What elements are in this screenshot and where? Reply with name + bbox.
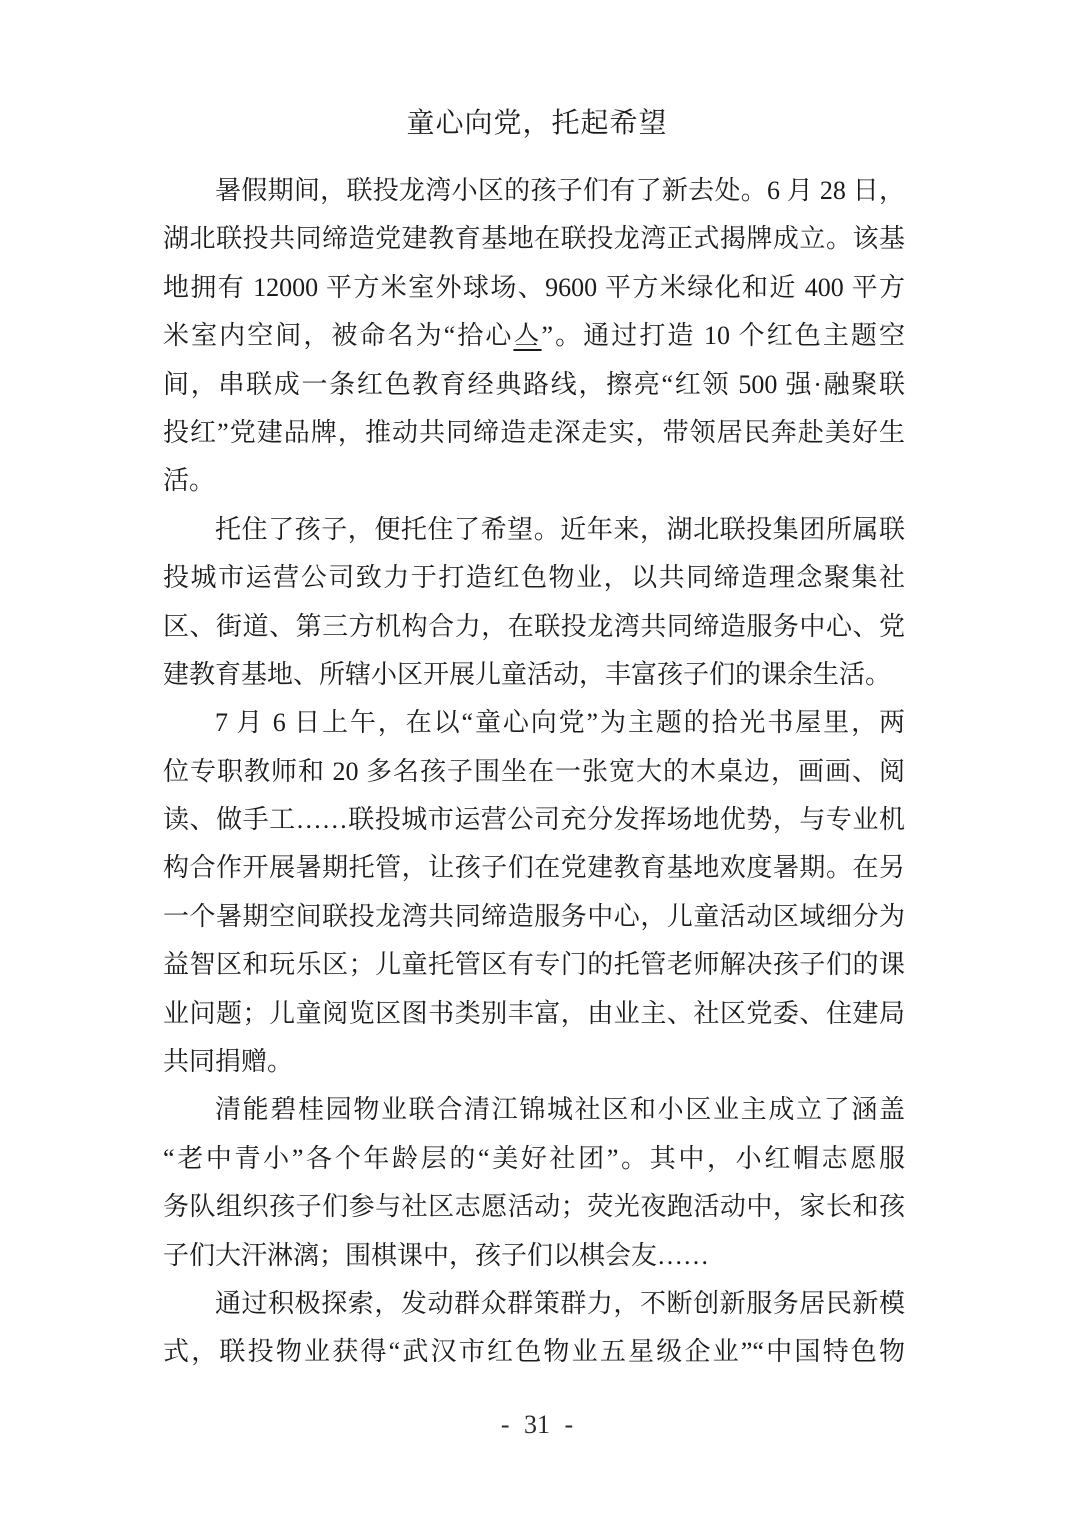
page-number: - 31 - xyxy=(0,1405,1074,1445)
text-line: 7 月 6 日上午，在以“童心向党”为主题的拾光书屋里，两 xyxy=(163,699,905,747)
text-line: 间，串联成一条红色教育经典路线，擦亮“红领 500 强·融聚联 xyxy=(163,361,905,409)
paragraph: 托住了孩子，便托住了希望。近年来，湖北联投集团所属联投城市运营公司致力于打造红色… xyxy=(163,506,905,700)
text-line: 子们大汗淋漓；围棋课中，孩子们以棋会友…… xyxy=(163,1232,905,1280)
text-line: 共同捐赠。 xyxy=(163,1038,905,1086)
paragraph: 7 月 6 日上午，在以“童心向党”为主题的拾光书屋里，两位专职教师和 20 多… xyxy=(163,699,905,1086)
text-line: “老中青小”各个年龄层的“美好社团”。其中，小红帽志愿服 xyxy=(163,1135,905,1183)
text-line: 一个暑期空间联投龙湾共同缔造服务中心，儿童活动区域细分为 xyxy=(163,893,905,941)
paragraph: 清能碧桂园物业联合清江锦城社区和小区业主成立了涵盖“老中青小”各个年龄层的“美好… xyxy=(163,1086,905,1280)
text-line: 业问题；儿童阅览区图书类别丰富，由业主、社区党委、住建局 xyxy=(163,990,905,1038)
text-line: 米室内空间，被命名为“拾心亼”。通过打造 10 个红色主题空 xyxy=(163,312,905,360)
document-page: 童心向党，托起希望 暑假期间，联投龙湾小区的孩子们有了新去处。6 月 28 日，… xyxy=(0,0,1074,1520)
text-line: 清能碧桂园物业联合清江锦城社区和小区业主成立了涵盖 xyxy=(163,1086,905,1134)
text-line: 通过积极探索，发动群众群策群力，不断创新服务居民新模 xyxy=(163,1280,905,1328)
text-line: 位专职教师和 20 多名孩子围坐在一张宽大的木桌边，画画、阅 xyxy=(163,748,905,796)
text-line: 托住了孩子，便托住了希望。近年来，湖北联投集团所属联 xyxy=(163,506,905,554)
text-line: 湖北联投共同缔造党建教育基地在联投龙湾正式揭牌成立。该基 xyxy=(163,215,905,263)
paragraph: 通过积极探索，发动群众群策群力，不断创新服务居民新模式，联投物业获得“武汉市红色… xyxy=(163,1280,905,1377)
document-body: 暑假期间，联投龙湾小区的孩子们有了新去处。6 月 28 日，湖北联投共同缔造党建… xyxy=(163,167,905,1377)
document-title: 童心向党，托起希望 xyxy=(0,100,1074,148)
underlined-char: 亼 xyxy=(513,321,541,350)
text-line: 区、街道、第三方机构合力，在联投龙湾共同缔造服务中心、党 xyxy=(163,603,905,651)
text-line: 投红”党建品牌，推动共同缔造走深走实，带领居民奔赴美好生 xyxy=(163,409,905,457)
text-line: 建教育基地、所辖小区开展儿童活动，丰富孩子们的课余生活。 xyxy=(163,651,905,699)
text-line: 活。 xyxy=(163,457,905,505)
text-line: 式，联投物业获得“武汉市红色物业五星级企业”“中国特色物 xyxy=(163,1328,905,1376)
text-line: 读、做手工……联投城市运营公司充分发挥场地优势，与专业机 xyxy=(163,796,905,844)
text-line: 投城市运营公司致力于打造红色物业，以共同缔造理念聚集社 xyxy=(163,554,905,602)
text-line: 地拥有 12000 平方米室外球场、9600 平方米绿化和近 400 平方 xyxy=(163,264,905,312)
text-line: 构合作开展暑期托管，让孩子们在党建教育基地欢度暑期。在另 xyxy=(163,844,905,892)
text-line: 暑假期间，联投龙湾小区的孩子们有了新去处。6 月 28 日， xyxy=(163,167,905,215)
paragraph: 暑假期间，联投龙湾小区的孩子们有了新去处。6 月 28 日，湖北联投共同缔造党建… xyxy=(163,167,905,506)
text-line: 益智区和玩乐区；儿童托管区有专门的托管老师解决孩子们的课 xyxy=(163,941,905,989)
text-line: 务队组织孩子们参与社区志愿活动；荧光夜跑活动中，家长和孩 xyxy=(163,1183,905,1231)
